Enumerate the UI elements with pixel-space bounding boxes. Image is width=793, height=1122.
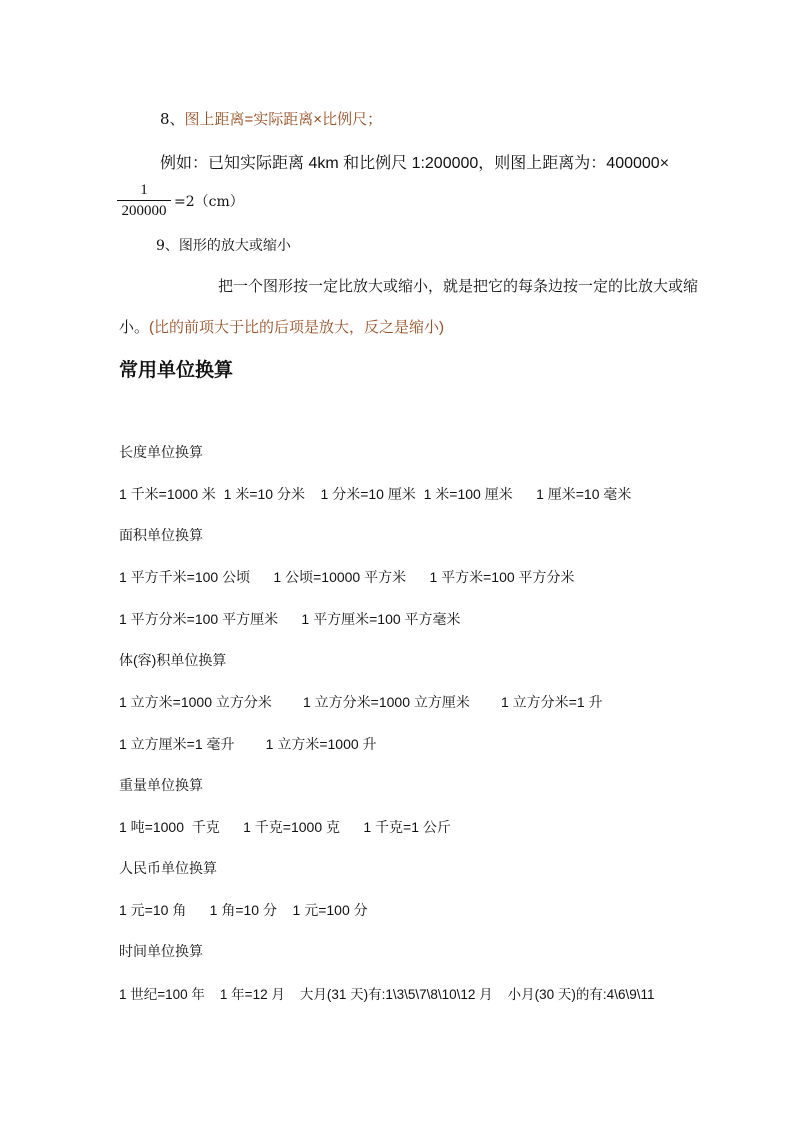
section9-note: (比的前项大于比的后项是放大，反之是缩小) — [149, 319, 444, 336]
section8-result: =2（cm） — [174, 191, 244, 211]
group-title-weight: 重量单位换算 — [119, 775, 203, 795]
section9-body-line2: 小。(比的前项大于比的后项是放大，反之是缩小) — [119, 316, 444, 337]
time-line-1: 1 世纪=100 年 1 年=12 月 大月(31 天)有:1\3\5\7\8\… — [119, 983, 654, 1003]
length-line-1: 1 千米=1000 米 1 米=10 分米 1 分米=10 厘米 1 米=100… — [119, 484, 631, 504]
group-title-volume: 体(容)积单位换算 — [119, 650, 226, 670]
section9-body-line1: 把一个图形按一定比放大或缩小，就是把它的每条边按一定的比放大或缩 — [218, 275, 698, 296]
group-title-area: 面积单位换算 — [119, 525, 203, 545]
volume-line-2: 1 立方厘米=1 毫升 1 立方米=1000 升 — [119, 734, 377, 754]
section8-example: 例如：已知实际距离 4km 和比例尺 1:200000，则图上距离为：40000… — [160, 150, 669, 173]
section9-title: 9、图形的放大或缩小 — [156, 235, 291, 255]
section8-number: 8、 — [160, 110, 185, 128]
weight-line-1: 1 吨=1000 千克 1 千克=1000 克 1 千克=1 公斤 — [119, 817, 451, 837]
group-title-currency: 人民币单位换算 — [119, 858, 217, 878]
section8-rule-line: 8、图上距离=实际距离×比例尺； — [160, 108, 382, 129]
group-title-length: 长度单位换算 — [119, 442, 203, 462]
area-line-2: 1 平方分米=100 平方厘米 1 平方厘米=100 平方毫米 — [119, 609, 461, 629]
units-heading: 常用单位换算 — [119, 355, 233, 382]
fraction-numerator: 1 — [140, 181, 148, 199]
fraction-denominator: 200000 — [122, 202, 167, 220]
currency-line-1: 1 元=10 角 1 角=10 分 1 元=100 分 — [119, 900, 368, 920]
area-line-1: 1 平方千米=100 公顷 1 公顷=10000 平方米 1 平方米=100 平… — [119, 567, 575, 587]
section9-body-start: 小。 — [119, 319, 149, 336]
volume-line-1: 1 立方米=1000 立方分米 1 立方分米=1000 立方厘米 1 立方分米=… — [119, 692, 603, 712]
fraction: 1 200000 — [117, 181, 171, 220]
section8-rule: 图上距离=实际距离×比例尺； — [185, 111, 383, 128]
fraction-bar — [117, 200, 171, 201]
group-title-time: 时间单位换算 — [119, 941, 203, 961]
